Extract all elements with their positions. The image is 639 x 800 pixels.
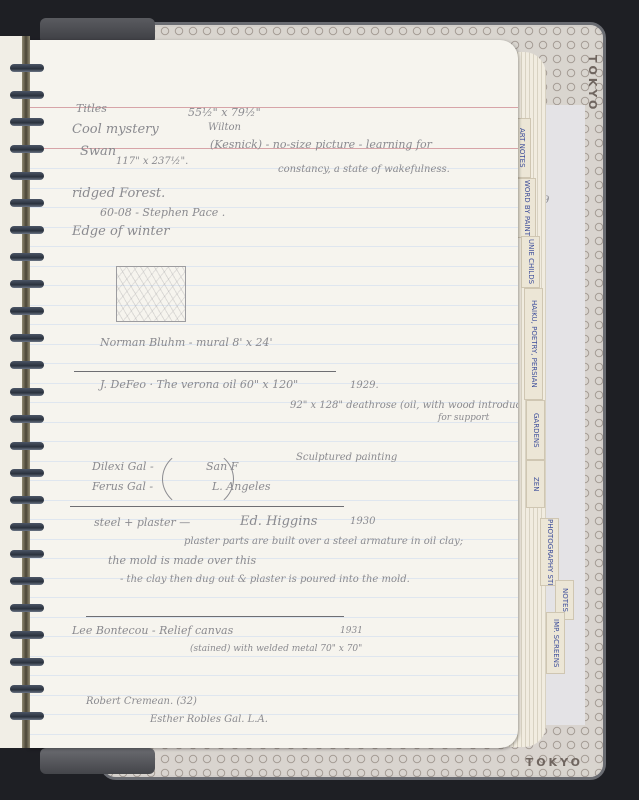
entry-edge-of-winter: Edge of winter bbox=[72, 224, 170, 239]
spiral-ring bbox=[10, 415, 44, 423]
spiral-ring bbox=[10, 91, 44, 99]
entry-norman-bluhm: Norman Bluhm - mural 8' x 24' bbox=[100, 336, 273, 349]
spiral-ring bbox=[10, 604, 44, 612]
entry-ed-higgins: Ed. Higgins bbox=[240, 514, 317, 529]
entry-swan-size: 117" x 237½". bbox=[116, 156, 188, 167]
spiral-ring bbox=[10, 523, 44, 531]
entry-clay: - the clay then dug out & plaster is pou… bbox=[120, 574, 410, 585]
spiral-ring bbox=[10, 550, 44, 558]
spiral-ring bbox=[10, 253, 44, 261]
divider-1 bbox=[74, 371, 336, 372]
spiral-ring bbox=[10, 388, 44, 396]
spiral-ring bbox=[10, 118, 44, 126]
spiral-ring bbox=[10, 577, 44, 585]
entry-mold: the mold is made over this bbox=[108, 554, 256, 567]
ruled-line bbox=[28, 285, 518, 286]
spiral-ring bbox=[10, 307, 44, 315]
spiral-ring bbox=[10, 685, 44, 693]
entry-ferus: Ferus Gal - bbox=[92, 480, 153, 493]
spiral-ring bbox=[10, 334, 44, 342]
ruled-line bbox=[28, 324, 518, 325]
entry-stephen-pace: 60-08 - Stephen Pace . bbox=[100, 206, 225, 219]
entry-titles: Titles bbox=[76, 102, 107, 115]
entry-ridged-forest: ridged Forest. bbox=[72, 186, 165, 201]
entry-bontecou-year: 1931 bbox=[340, 626, 363, 636]
entry-dilexi: Dilexi Gal - bbox=[92, 460, 154, 473]
spiral-ring bbox=[10, 145, 44, 153]
spiral-ring bbox=[10, 469, 44, 477]
entry-higgins-year: 1930 bbox=[350, 516, 375, 527]
spiral-ring bbox=[10, 658, 44, 666]
tab-haiku-poetry[interactable]: HAIKU, POETRY, PERSIAN bbox=[524, 288, 543, 400]
entry-sculptured: Sculptured painting bbox=[296, 452, 397, 463]
entry-cool-mystery: Cool mystery bbox=[72, 122, 159, 137]
binder-brand-bottom: TOKYO bbox=[526, 756, 583, 769]
ruled-line bbox=[28, 656, 518, 657]
binder-brand-right: TOKYO bbox=[586, 55, 599, 112]
ruled-line bbox=[28, 734, 518, 735]
ruled-line bbox=[28, 305, 518, 306]
ruled-line bbox=[28, 441, 518, 442]
spiral-ring bbox=[10, 361, 44, 369]
tab-zen[interactable]: ZEN bbox=[526, 460, 545, 508]
spiral-ring bbox=[10, 631, 44, 639]
spiral-ring bbox=[10, 199, 44, 207]
entry-welded-metal: (stained) with welded metal 70" x 70" bbox=[190, 644, 362, 654]
binder-clip-bottom bbox=[40, 748, 155, 774]
ruled-line bbox=[28, 266, 518, 267]
entry-steel-plaster: steel + plaster — bbox=[94, 516, 190, 529]
spiral-ring bbox=[10, 280, 44, 288]
entry-wakefulness: constancy, a state of wakefulness. bbox=[278, 164, 450, 175]
entry-size-1: 55½" x 79½" bbox=[188, 106, 261, 119]
spiral-ring bbox=[10, 442, 44, 450]
entry-kesnick: (Kesnick) - no-size picture - learning f… bbox=[210, 138, 432, 151]
ruled-line bbox=[28, 363, 518, 364]
pencil-sketch bbox=[116, 266, 186, 322]
ruled-line bbox=[28, 500, 518, 501]
gallery-bracket bbox=[162, 448, 234, 510]
notebook-page: Titles 55½" x 79½" Cool mystery Wilton S… bbox=[28, 40, 518, 748]
spiral-ring bbox=[10, 712, 44, 720]
tab-imp-screens[interactable]: IMP. SCREENS bbox=[546, 612, 565, 674]
entry-lee-bontecou: Lee Bontecou - Relief canvas bbox=[72, 624, 233, 637]
spiral-ring bbox=[10, 64, 44, 72]
ruled-line bbox=[28, 246, 518, 247]
tab-gardens[interactable]: GARDENS bbox=[526, 400, 545, 460]
ruled-line bbox=[28, 597, 518, 598]
entry-swan: Swan bbox=[80, 144, 116, 159]
entry-plaster-parts: plaster parts are built over a steel arm… bbox=[184, 536, 463, 547]
entry-esther-robles: Esther Robles Gal. L.A. bbox=[150, 714, 268, 725]
spiral-ring bbox=[10, 226, 44, 234]
divider-2 bbox=[70, 506, 344, 507]
entry-robert-cremean: Robert Cremean. (32) bbox=[86, 696, 197, 707]
tab-photography[interactable]: PHOTOGRAPHY STING bbox=[540, 518, 559, 586]
entry-defeo: J. DeFeo · The verona oil 60" x 120" bbox=[100, 378, 298, 391]
divider-3 bbox=[86, 616, 344, 617]
entry-for-support: for support bbox=[438, 413, 489, 423]
ruled-line bbox=[28, 714, 518, 715]
ruled-line bbox=[28, 675, 518, 676]
entry-defeo-year: 1929. bbox=[350, 380, 379, 391]
ruled-line bbox=[28, 558, 518, 559]
tab-word-by-paint[interactable]: WORD BY PAINT bbox=[517, 178, 536, 238]
tab-unie-childs[interactable]: UNIE CHILDS bbox=[521, 236, 540, 288]
spiral-ring bbox=[10, 496, 44, 504]
entry-deathrose: 92" x 128" deathrose (oil, with wood int… bbox=[290, 400, 518, 411]
spiral-ring bbox=[10, 172, 44, 180]
entry-wilton: Wilton bbox=[208, 122, 241, 133]
